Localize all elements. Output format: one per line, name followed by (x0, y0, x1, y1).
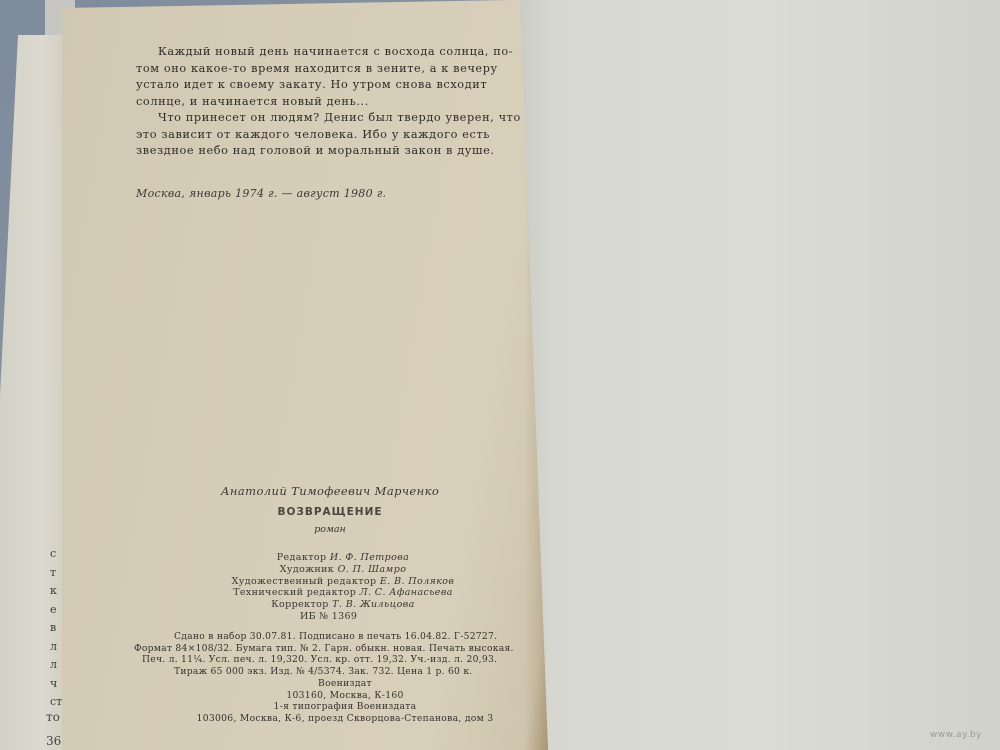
publisher-line: 103160, Москва, К-160 (170, 690, 520, 702)
page-number-fragment: 36 (46, 729, 61, 750)
book-title: ВОЗВРАЩЕНИЕ (120, 506, 540, 518)
credit-name: Л. С. Афанасьева (360, 587, 453, 598)
writing-dates: Москва, январь 1974 г. — август 1980 г. (136, 187, 386, 200)
spec-line: Печ. л. 11¼. Усл. печ. л. 19,320. Усл. к… (130, 654, 550, 666)
book-photo: с т к е в л л ч ст то 36 Каждый новый де… (0, 0, 1000, 750)
paragraph-line: Что принесет он людям? Денис был твердо … (136, 110, 520, 127)
paragraph-line: том оно какое-то время находится в зенит… (136, 61, 520, 78)
publisher-line: Воениздат (170, 678, 520, 690)
watermark: www.ay.by (930, 730, 982, 740)
credit-role: Корректор (271, 599, 328, 610)
credit-line: Технический редактор Л. С. Афанасьева (218, 587, 468, 599)
spec-line: Формат 84×108/32. Бумага тип. № 2. Гарн.… (130, 643, 550, 655)
credit-line: Художественный редактор Е. В. Поляков (218, 576, 468, 588)
publisher-line: 1-я типография Воениздата (170, 701, 520, 713)
book-genre: роман (120, 524, 540, 535)
credit-role: Редактор (277, 552, 327, 563)
underlying-page-bottom: то 36 (46, 705, 61, 750)
credit-role: Технический редактор (233, 587, 356, 598)
blank-right-page (512, 0, 1000, 750)
edge-fragment: то (46, 705, 61, 729)
credits-list: Редактор И. Ф. Петрова Художник О. П. Ша… (218, 552, 468, 611)
paragraph-line: звездное небо над головой и моральный за… (136, 143, 520, 160)
credit-role: Художник (280, 564, 334, 575)
credit-line: Художник О. П. Шамро (218, 564, 468, 576)
publisher-info: Воениздат 103160, Москва, К-160 1-я типо… (170, 678, 520, 724)
paragraph-line: солнце, и начинается новый день... (136, 94, 520, 111)
publisher-line: 103006, Москва, К-6, проезд Скворцова-Ст… (170, 713, 520, 725)
credit-role: Художественный редактор (232, 576, 377, 587)
credit-name: Е. В. Поляков (380, 576, 454, 587)
paragraph-line: это зависит от каждого человека. Ибо у к… (136, 127, 520, 144)
credit-name: О. П. Шамро (338, 564, 407, 575)
author-name: Анатолий Тимофеевич Марченко (120, 484, 540, 498)
credit-name: И. Ф. Петрова (330, 552, 409, 563)
print-specs: Сдано в набор 30.07.81. Подписано в печа… (130, 631, 550, 677)
credit-name: Т. В. Жильцова (332, 599, 415, 610)
ib-number: ИБ № 1369 (300, 611, 357, 622)
spec-line: Тираж 65 000 экз. Изд. № 4/5374. Зак. 73… (130, 666, 550, 678)
credit-line: Редактор И. Ф. Петрова (218, 552, 468, 564)
paragraph-line: Каждый новый день начинается с восхода с… (136, 44, 520, 61)
closing-paragraph: Каждый новый день начинается с восхода с… (136, 44, 520, 160)
spec-line: Сдано в набор 30.07.81. Подписано в печа… (130, 631, 550, 643)
credit-line: Корректор Т. В. Жильцова (218, 599, 468, 611)
paragraph-line: устало идет к своему закату. Но утром сн… (136, 77, 520, 94)
